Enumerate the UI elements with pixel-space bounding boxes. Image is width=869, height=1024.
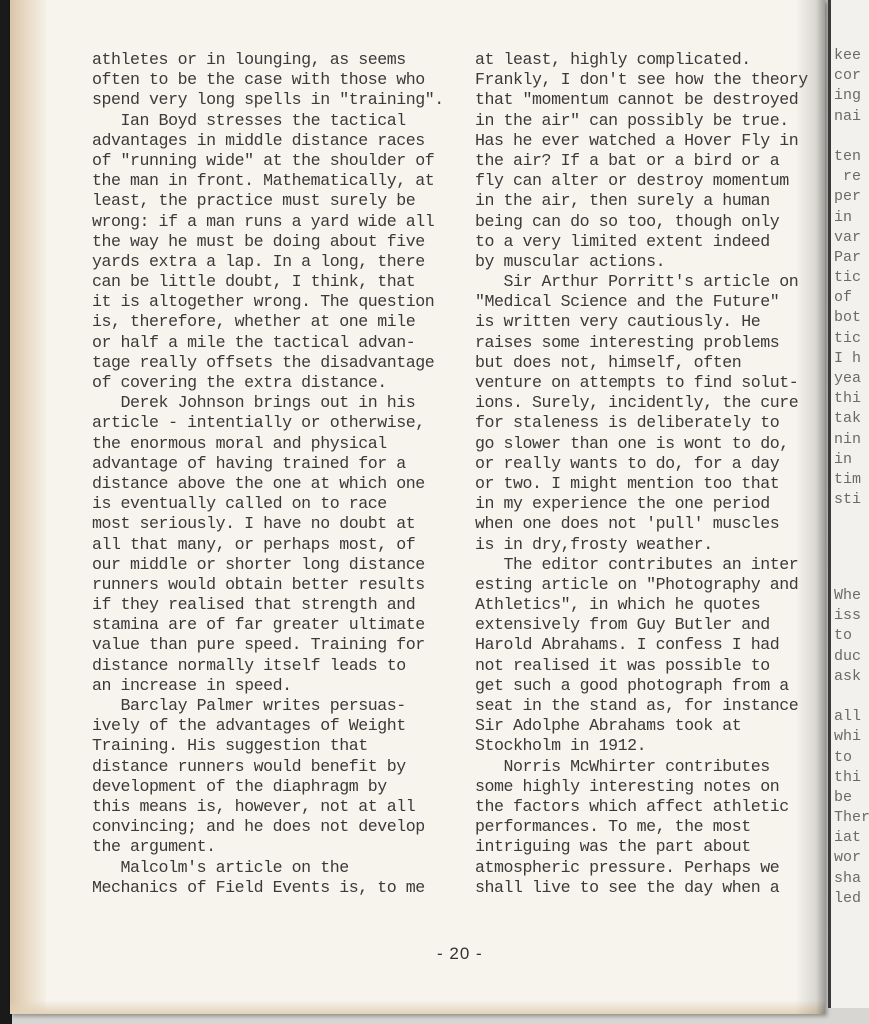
text-line: ions. Surely, incidently, the cure	[475, 393, 808, 413]
text-line: advantage of having trained for a	[92, 454, 444, 474]
adjacent-text-fragment: Whe	[834, 586, 869, 606]
text-line: Athletics", in which he quotes	[475, 595, 808, 615]
text-line: development of the diaphragm by	[92, 777, 444, 797]
text-line: Mechanics of Field Events is, to me	[92, 878, 444, 898]
text-line: Malcolm's article on the	[92, 858, 444, 878]
text-line: by muscular actions.	[475, 252, 808, 272]
text-line: at least, highly complicated.	[475, 50, 808, 70]
text-line: this means is, however, not at all	[92, 797, 444, 817]
text-line: the factors which affect athletic	[475, 797, 808, 817]
text-line: in my experience the one period	[475, 494, 808, 514]
text-line: distance runners would benefit by	[92, 757, 444, 777]
right-text-column: at least, highly complicated.Frankly, I …	[475, 50, 808, 898]
text-line: Sir Arthur Porritt's article on	[475, 272, 808, 292]
text-line: shall live to see the day when a	[475, 878, 808, 898]
text-line: if they realised that strength and	[92, 595, 444, 615]
adjacent-text-fragment: in	[834, 208, 861, 228]
text-line: Sir Adolphe Abrahams took at	[475, 716, 808, 736]
adjacent-text-fragment: Par	[834, 248, 861, 268]
adjacent-text-fragment	[834, 687, 869, 707]
adjacent-text-fragment: to	[834, 626, 869, 646]
text-line: Derek Johnson brings out in his	[92, 393, 444, 413]
adjacent-text-fragment: Ther	[834, 808, 869, 828]
text-line: or really wants to do, for a day	[475, 454, 808, 474]
text-line: is in dry,frosty weather.	[475, 535, 808, 555]
text-line: Training. His suggestion that	[92, 736, 444, 756]
adjacent-text-fragment: yea	[834, 369, 861, 389]
text-line: athletes or in lounging, as seems	[92, 50, 444, 70]
text-line: "Medical Science and the Future"	[475, 292, 808, 312]
text-line: value than pure speed. Training for	[92, 635, 444, 655]
adjacent-text-fragment: ten	[834, 147, 861, 167]
text-line: is eventually called on to race	[92, 494, 444, 514]
text-line: ively of the advantages of Weight	[92, 716, 444, 736]
text-line: but does not, himself, often	[475, 353, 808, 373]
text-line: of "running wide" at the shoulder of	[92, 151, 444, 171]
adjacent-text-fragment: led	[834, 889, 869, 909]
adjacent-text-fragment: nai	[834, 107, 861, 127]
adjacent-text-fragment: sti	[834, 490, 861, 510]
text-line: some highly interesting notes on	[475, 777, 808, 797]
text-line: being can do so too, though only	[475, 212, 808, 232]
text-line: or two. I might mention too that	[475, 474, 808, 494]
text-line: Ian Boyd stresses the tactical	[92, 111, 444, 131]
text-line: distance above the one at which one	[92, 474, 444, 494]
text-line: it is altogether wrong. The question	[92, 292, 444, 312]
adjacent-text-fragment	[834, 127, 861, 147]
text-line: atmospheric pressure. Perhaps we	[475, 858, 808, 878]
adjacent-text-fragment: ask	[834, 667, 869, 687]
adjacent-text-fragment: thi	[834, 768, 869, 788]
text-line: the argument.	[92, 837, 444, 857]
adjacent-text-fragment: tic	[834, 329, 861, 349]
adjacent-text-fragment: tim	[834, 470, 861, 490]
text-line: often to be the case with those who	[92, 70, 444, 90]
text-line: Norris McWhirter contributes	[475, 757, 808, 777]
adjacent-text-fragment: iss	[834, 606, 869, 626]
text-line: our middle or shorter long distance	[92, 555, 444, 575]
text-line: venture on attempts to find solut-	[475, 373, 808, 393]
adjacent-text-fragment: wor	[834, 848, 869, 868]
text-line: advantages in middle distance races	[92, 131, 444, 151]
adjacent-text-fragment: sha	[834, 869, 869, 889]
left-text-column: athletes or in lounging, as seemsoften t…	[92, 50, 444, 898]
page-number: - 20 -	[437, 944, 483, 964]
adjacent-text-fragment: kee	[834, 46, 861, 66]
text-line: Harold Abrahams. I confess I had	[475, 635, 808, 655]
text-line: wrong: if a man runs a yard wide all	[92, 212, 444, 232]
adjacent-text-fragment: per	[834, 187, 861, 207]
text-line: all that many, or perhaps most, of	[92, 535, 444, 555]
text-line: yards extra a lap. In a long, there	[92, 252, 444, 272]
text-line: when one does not 'pull' muscles	[475, 514, 808, 534]
adjacent-text-fragment: re	[834, 167, 861, 187]
adjacent-text-fragment: thi	[834, 389, 861, 409]
page-edge-stain	[10, 0, 46, 1014]
text-line: is, therefore, whether at one mile	[92, 312, 444, 332]
adjacent-text-fragment: to	[834, 748, 869, 768]
text-line: get such a good photograph from a	[475, 676, 808, 696]
adjacent-text-fragment: tak	[834, 409, 861, 429]
adjacent-text-fragment: bot	[834, 308, 861, 328]
text-line: not realised it was possible to	[475, 656, 808, 676]
text-line: or half a mile the tactical advan-	[92, 333, 444, 353]
text-line: in the air" can possibly be true.	[475, 111, 808, 131]
text-line: The editor contributes an inter	[475, 555, 808, 575]
adjacent-text-fragment: in	[834, 450, 861, 470]
text-line: in the air, then surely a human	[475, 191, 808, 211]
text-line: performances. To me, the most	[475, 817, 808, 837]
adjacent-text-fragment: duc	[834, 647, 869, 667]
text-line: to a very limited extent indeed	[475, 232, 808, 252]
text-line: Stockholm in 1912.	[475, 736, 808, 756]
text-line: stamina are of far greater ultimate	[92, 615, 444, 635]
adjacent-text-fragment: ing	[834, 86, 861, 106]
adjacent-text-fragment: tic	[834, 268, 861, 288]
adjacent-page: keecoringnaiten reperinvarParticofbottic…	[828, 0, 869, 1008]
adjacent-text-fragment: I h	[834, 349, 861, 369]
page-bottom-stain	[10, 1000, 825, 1014]
text-line: can be little doubt, I think, that	[92, 272, 444, 292]
text-line: for staleness is deliberately to	[475, 413, 808, 433]
adjacent-page-text-bottom: WheisstoducaskallwhitothibeTheriatworsha…	[834, 586, 869, 909]
text-line: Has he ever watched a Hover Fly in	[475, 131, 808, 151]
adjacent-text-fragment: iat	[834, 828, 869, 848]
adjacent-text-fragment: nin	[834, 430, 861, 450]
text-line: seat in the stand as, for instance	[475, 696, 808, 716]
text-line: Frankly, I don't see how the theory	[475, 70, 808, 90]
text-line: least, the practice must surely be	[92, 191, 444, 211]
text-line: the way he must be doing about five	[92, 232, 444, 252]
text-line: of covering the extra distance.	[92, 373, 444, 393]
text-line: spend very long spells in "training".	[92, 90, 444, 110]
text-line: Barclay Palmer writes persuas-	[92, 696, 444, 716]
adjacent-text-fragment: all	[834, 707, 869, 727]
adjacent-text-fragment: cor	[834, 66, 861, 86]
text-line: that "momentum cannot be destroyed	[475, 90, 808, 110]
text-line: the man in front. Mathematically, at	[92, 171, 444, 191]
adjacent-text-fragment: whi	[834, 727, 869, 747]
text-line: convincing; and he does not develop	[92, 817, 444, 837]
text-line: runners would obtain better results	[92, 575, 444, 595]
text-line: is written very cautiously. He	[475, 312, 808, 332]
text-line: raises some interesting problems	[475, 333, 808, 353]
text-line: extensively from Guy Butler and	[475, 615, 808, 635]
adjacent-text-fragment: of	[834, 288, 861, 308]
text-line: fly can alter or destroy momentum	[475, 171, 808, 191]
text-line: the enormous moral and physical	[92, 434, 444, 454]
text-line: an increase in speed.	[92, 676, 444, 696]
text-line: intriguing was the part about	[475, 837, 808, 857]
text-line: tage really offsets the disadvantage	[92, 353, 444, 373]
text-line: go slower than one is wont to do,	[475, 434, 808, 454]
adjacent-text-fragment: var	[834, 228, 861, 248]
text-line: the air? If a bat or a bird or a	[475, 151, 808, 171]
text-line: article - intentially or otherwise,	[92, 413, 444, 433]
adjacent-page-text-top: keecoringnaiten reperinvarParticofbottic…	[834, 46, 861, 510]
adjacent-text-fragment: be	[834, 788, 869, 808]
text-line: esting article on "Photography and	[475, 575, 808, 595]
text-line: distance normally itself leads to	[92, 656, 444, 676]
text-line: most seriously. I have no doubt at	[92, 514, 444, 534]
